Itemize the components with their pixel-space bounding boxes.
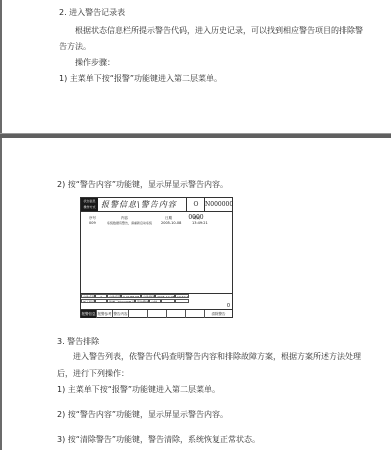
cell-date: 2005-10-08	[161, 221, 181, 226]
screen-info-panel: 文件名称 2 文件容量 0.31MB/0B 文件修改 2005-10-08 13…	[81, 293, 232, 304]
softkey-warning-content[interactable]: 警告内容	[113, 310, 129, 318]
document-page-top: 2. 进入警告记录表 根据状态信息栏所提示警告代码，进入历史记录，可以找到相应警…	[0, 0, 391, 133]
section-heading-3: 3. 警告排除	[57, 337, 99, 347]
cnc-screen-figure: 状态信息 操作方式 报警信息\警告内容 O 0000 N00000000 序号 …	[80, 197, 233, 318]
info-file-size-value: 0.31MB/0B	[121, 294, 141, 298]
steps-label: 操作步骤：	[75, 58, 115, 68]
cell-index: 009	[89, 221, 96, 226]
softkey-empty-5[interactable]	[148, 310, 167, 318]
status-block-line-2: 操作方式	[81, 204, 98, 210]
program-n-number: N00000000	[204, 198, 233, 211]
softkey-empty-4[interactable]	[129, 310, 148, 318]
info-file-modified-time: 13:54:31	[175, 294, 189, 298]
info-file-modified-date: 2005-10-08	[155, 294, 175, 298]
info-file-modified-label: 文件修改	[141, 294, 155, 298]
softkey-alarm-info[interactable]: 报警信息	[81, 310, 97, 318]
info-empty-2	[175, 299, 189, 303]
info-units: 公制	[149, 299, 161, 303]
info-row-2: 加工程序 新增三轴/CONM刀架 等待警告 公制	[81, 299, 232, 304]
step-1-repeat: 1) 主菜单下按“报警”功能键进入第二层菜单。	[57, 385, 220, 395]
softkey-bar: 报警信息 报警参考 警告内容 清除警告	[81, 309, 232, 318]
info-file-name-value: 2	[95, 294, 107, 298]
screen-header: 状态信息 操作方式 报警信息\警告内容 O 0000 N00000000	[81, 198, 232, 212]
softkey-empty-7[interactable]	[186, 310, 205, 318]
step-3-clear-warning: 3) 按“清除警告”功能键，警告清除，系统恢复正常状态。	[57, 435, 260, 445]
info-tool-mode: 新增三轴/CONM刀架	[107, 299, 135, 303]
cell-time: 13:49:21	[192, 221, 208, 226]
status-block: 状态信息 操作方式	[81, 198, 98, 211]
step-2-browse: 2) 按“警告内容”功能键，显示屏显示警告内容。	[57, 180, 228, 190]
softkey-alarm-reference[interactable]: 报警参考	[97, 310, 113, 318]
intro-line-2: 告方法。	[59, 42, 91, 52]
body-line-1: 进入警告列表，依警告代码查明警告内容和排除故障方案，根据方案所述方法处理	[73, 352, 361, 362]
cell-content: 系统数据有警告，请重新启动系统	[107, 221, 152, 226]
intro-line-1: 根据状态信息栏所提示警告代码，进入历史记录，可以找到相应警告项目的排除警	[75, 26, 363, 36]
info-file-name-label: 文件名称	[81, 294, 95, 298]
softkey-clear-warning[interactable]: 清除警告	[205, 310, 232, 318]
step-1: 1) 主菜单下按“报警”功能键进入第二层菜单。	[59, 74, 222, 84]
step-2-warning-content: 2) 按“警告内容”功能键，显示屏显示警告内容。	[57, 410, 228, 420]
info-program-label: 加工程序	[81, 299, 95, 303]
screen-title: 报警信息\警告内容	[101, 199, 177, 210]
info-warning-state: 等待警告	[135, 299, 149, 303]
info-program-value	[95, 299, 107, 303]
section-heading-2: 2. 进入警告记录表	[59, 8, 125, 18]
info-empty-1	[161, 299, 175, 303]
softkey-empty-6[interactable]	[167, 310, 186, 318]
info-file-size-label: 文件容量	[107, 294, 121, 298]
program-o-number: O 0000	[186, 198, 205, 211]
body-line-2: 后，进行下列操作：	[57, 369, 129, 379]
